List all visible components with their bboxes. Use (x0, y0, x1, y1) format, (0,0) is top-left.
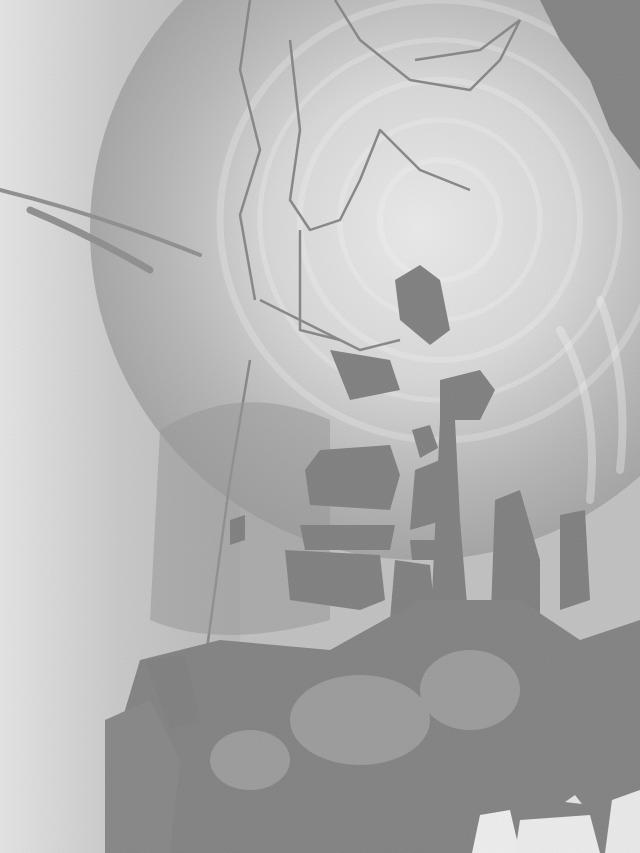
artwork-canvas (0, 0, 640, 853)
paper-grain-overlay (0, 0, 640, 853)
artwork-svg (0, 0, 640, 853)
